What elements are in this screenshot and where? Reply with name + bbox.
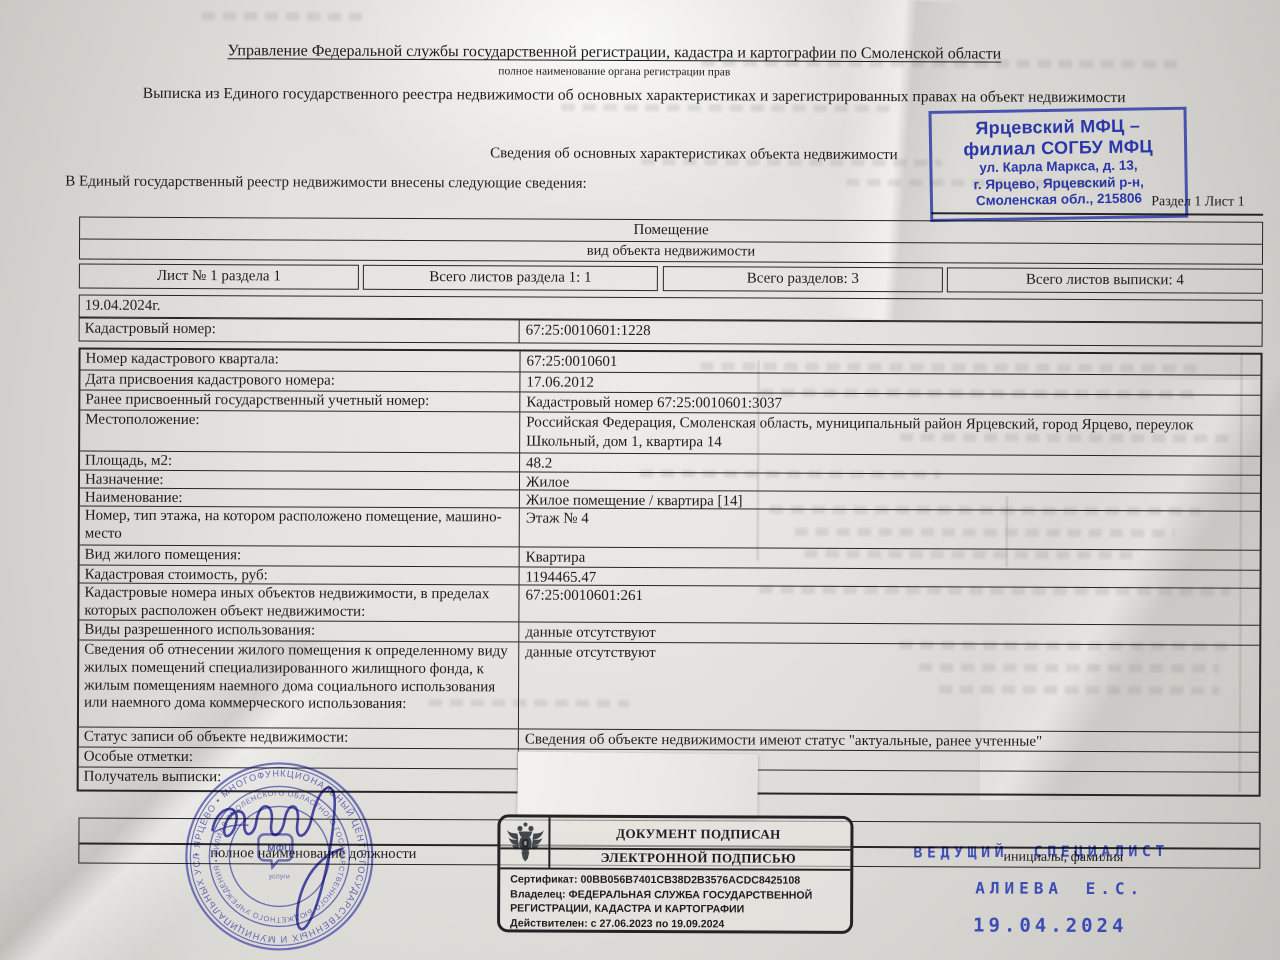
row-label: Вид жилого помещения: [80,546,520,567]
row-label: Сведения об отнесении жилого помещения к… [79,641,519,729]
row-value: Этаж № 4 [520,508,1260,549]
row-value: 67:25:0010601:1228 [520,320,1262,345]
document-header: Управление Федеральной службы государств… [62,0,1167,2]
row-label: Назначение: [80,471,520,490]
row-label: Номер, тип этажа, на котором расположено… [80,507,520,547]
intro-line: В Единый государственный реестр недвижим… [65,173,587,192]
esig-title2: ЭЛЕКТРОННОЙ ПОДПИСЬЮ [548,850,848,867]
sheet-info-cell: Всего листов раздела 1: 1 [363,265,658,291]
object-type-box: Помещение вид объекта недвижимости [79,217,1263,265]
row-value: Жилое [520,472,1260,492]
row-value: данные отсутствуют [519,642,1259,731]
row-label: Дата присвоения кадастрового номера: [80,371,520,392]
handwritten-signature [194,768,365,959]
esig-valid-line: Действителен: с 27.06.2023 по 19.09.2024 [510,916,850,932]
characteristics-table: Номер кадастрового квартала:67:25:001060… [77,348,1263,797]
esig-owner-line2: РЕГИСТРАЦИИ, КАДАСТРА И КАРТОГРАФИИ [510,902,850,918]
extract-date: 19.04.2024г. [80,296,1262,320]
esig-line2 [500,867,850,870]
sheet-info-cell: Лист № 1 раздела 1 [79,264,359,290]
row-label: Статус записи об объекте недвижимости: [79,728,519,749]
mfc-stamp-line2: филиал СОГБУ МФЦ [932,136,1184,161]
row-value: Кадастровый номер 67:25:0010601:3037 [520,392,1260,414]
row-label: Кадастровый номер: [80,319,520,343]
esig-cert-line: Сертификат: 00BB056B7401CB38D2B3576ACDC8… [510,872,850,888]
row-label: Местоположение: [80,411,520,453]
esignature-stamp: ДОКУМЕНТ ПОДПИСАН ЭЛЕКТРОННОЙ ПОДПИСЬЮ С… [497,814,854,934]
table-row: Местоположение:Российская Федерация, Смо… [80,411,1260,457]
table-row: Номер, тип этажа, на котором расположено… [80,507,1260,551]
row-value: 17.06.2012 [520,372,1260,394]
document-title: Выписка из Единого государственного реес… [82,85,1187,108]
row-value: 48.2 [520,453,1260,474]
row-value: 67:25:0010601 [520,351,1260,374]
row-value: Сведения об объекте недвижимости имеют с… [519,729,1259,751]
position-ink-stamp: ВЕДУЩИЙ СПЕЦИАЛИСТ [913,842,1169,862]
row-value: Квартира [520,547,1260,569]
name-ink-stamp: АЛИЕВА Е.С. [975,878,1144,898]
mfc-stamp: Ярцевский МФЦ – филиал СОГБУ МФЦ ул. Кар… [928,107,1188,222]
cadastral-number-row: Кадастровый номер: 67:25:0010601:1228 [79,318,1263,347]
sheet-info-row: Лист № 1 раздела 1Всего листов раздела 1… [2,0,1280,3]
row-value: Российская Федерация, Смоленская область… [520,412,1260,455]
row-value: 67:25:0010601:261 [519,585,1259,624]
table-row: Сведения об отнесении жилого помещения к… [79,641,1259,733]
sheet-info-cell: Всего листов выписки: 4 [947,267,1263,293]
registration-authority-title: Управление Федеральной службы государств… [62,41,1167,64]
row-label: Кадастровая стоимость, руб: [80,566,520,585]
row-value: данные отсутствуют [519,622,1259,644]
esig-owner-line1: Владелец: ФЕДЕРАЛЬНАЯ СЛУЖБА ГОСУДАРСТВЕ… [510,887,850,903]
object-type-caption: вид объекта недвижимости [80,240,1262,264]
row-label: Наименование: [80,489,520,508]
row-label: Кадастровые номера иных объектов недвижи… [79,584,519,622]
row-value: Жилое помещение / квартира [14] [520,490,1260,510]
date-ink-stamp: 19.04.2024 [973,914,1127,937]
row-value: 1194465.47 [520,567,1260,587]
row-label: Номер кадастрового квартала: [80,350,520,372]
row-label: Виды разрешенного использования: [79,621,519,642]
bleed-through-layer [2,0,1280,3]
scanned-document-page: Управление Федеральной службы государств… [0,0,1280,960]
rosreestr-eagle-emblem [505,820,545,866]
mfc-stamp-address3: Смоленская обл., 215806 [933,190,1185,211]
redaction-paper-slip [517,752,758,819]
row-label: Площадь, м2: [80,452,520,472]
row-label: Ранее присвоенный государственный учетны… [80,391,520,412]
bleed-through-text [202,12,362,21]
sheet-info-cell: Всего разделов: 3 [663,266,943,292]
esig-title1: ДОКУМЕНТ ПОДПИСАН [548,826,848,843]
table-row: Кадастровые номера иных объектов недвижи… [79,584,1259,626]
esig-certificate-info: Сертификат: 00BB056B7401CB38D2B3576ACDC8… [510,872,850,932]
document-content: Управление Федеральной службы государств… [0,0,1280,960]
